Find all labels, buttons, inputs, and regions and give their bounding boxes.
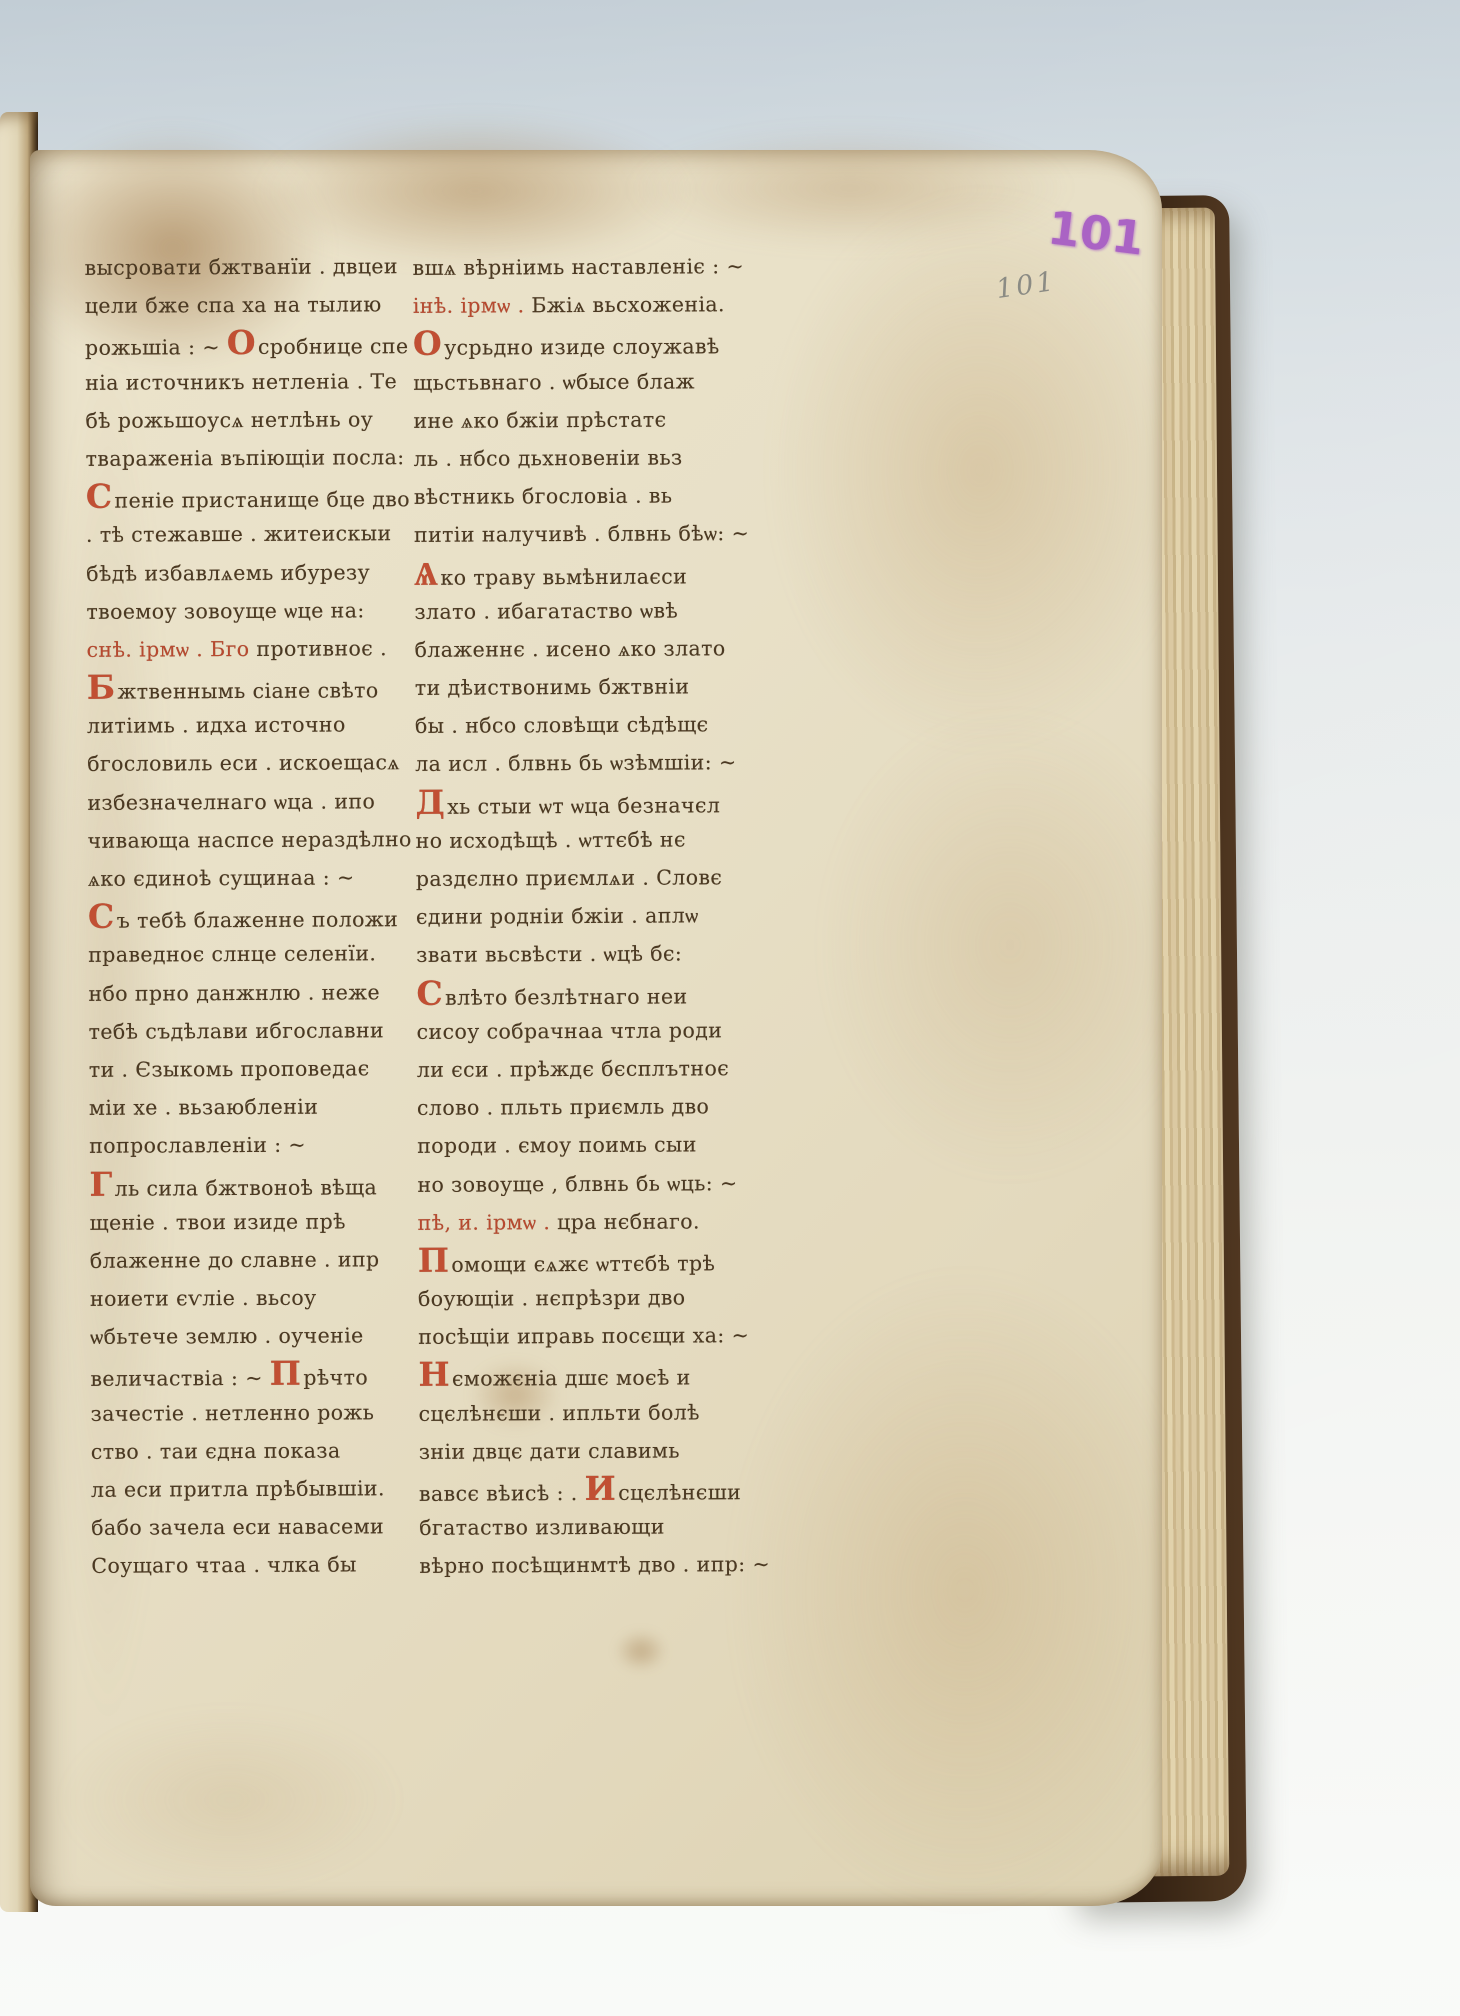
ink-text: щеніе . твои изиде прѣ (90, 1209, 346, 1234)
manuscript-line: но зовоуще , блвнь бь ѡць: ~ (417, 1164, 755, 1204)
text-column-right: вшѧ вѣрніимь наставленіє : ~інѣ. ірмѡ . … (413, 247, 758, 1585)
text-column-left: высровати бжтванїи . двцеицели бже спа х… (85, 247, 408, 1585)
ink-text: цра нєбнаго. (557, 1209, 700, 1234)
ink-text: вѣрно посѣщинмтѣ дво . ипр: ~ (419, 1552, 770, 1578)
manuscript-line: ине ѧко бжіи прѣстатє (413, 400, 751, 440)
ink-text: ко траву вьмѣнилаєси (440, 564, 687, 589)
manuscript-line: щьстьвнаго . ѡбысе блаж (413, 362, 751, 402)
manuscript-line: зачестіе . нетленно рожь (91, 1393, 407, 1433)
rubric-initial: Г (89, 1164, 112, 1203)
ink-text: бгословиль еси . искоещасѧ (87, 751, 400, 777)
rubric-text: снѣ. ірмѡ . Бго (87, 637, 250, 662)
ink-text: звати вьсвѣсти . ѡцѣ бє: (416, 942, 682, 967)
manuscript-line: снѣ. ірмѡ . Бго противноє . (87, 629, 403, 669)
ink-text: ль сила бжтвоноѣ вѣща (115, 1175, 378, 1200)
manuscript-line: чивающа наспсе нераздѣлно (88, 820, 404, 860)
ink-text: боующіи . нєпрѣзри дво (418, 1286, 686, 1311)
ink-text: твараженіа въпіющіи посла: (86, 445, 405, 471)
manuscript-line: вѣрно посѣщинмтѣ дво . ипр: ~ (419, 1545, 757, 1585)
rubric-initial: С (88, 897, 115, 936)
ink-text: высровати бжтванїи . двцеи (85, 254, 398, 280)
ink-text: ла еси притла прѣбывшіи. (91, 1476, 385, 1502)
rubric-initial: Ѧ (414, 553, 438, 592)
manuscript-line: єдини родніи бжіи . аплѡ (416, 896, 754, 936)
ink-text: породи . ємоу поимь сыи (417, 1133, 697, 1158)
parchment-stain (630, 128, 1070, 248)
manuscript-line: сцєлѣнєши . ипльти болѣ (419, 1393, 757, 1433)
ink-text: омощи єѧжє ѡттєбѣ трѣ (451, 1251, 715, 1276)
manuscript-line: злато . ибагатаство ѡвѣ (414, 591, 752, 631)
ink-text: вѣстникь бгословіа . вь (414, 484, 673, 509)
ink-text: но зовоуще , блвнь бь ѡць: ~ (417, 1171, 737, 1197)
folio-number-pencil: 101 (994, 266, 1058, 305)
ink-text: ноиети єѵліе . вьсоу (90, 1286, 317, 1311)
ink-text: єдини родніи бжіи . аплѡ (416, 904, 699, 929)
ink-text: попрославленіи : ~ (89, 1133, 306, 1158)
rubric-initial: И (584, 1469, 616, 1508)
manuscript-line: ла еси притла прѣбывшіи. (91, 1469, 407, 1509)
ink-text: вшѧ вѣрніимь наставленіє : ~ (413, 254, 745, 280)
manuscript-line: сисоу собрачнаа чтла роди (417, 1011, 755, 1051)
ink-text: єможєніа дшє моєѣ и (452, 1366, 691, 1391)
ink-text: ніа источникъ нетленіа . Те (85, 369, 397, 395)
manuscript-line: величаствіа : ~ Прѣчто (90, 1355, 406, 1395)
ink-text: слово . пльть приємль дво (417, 1094, 709, 1120)
manuscript-line: інѣ. ірмѡ . Бжіѧ вьсхоженіа. (413, 285, 751, 325)
ink-text: питіи налучивѣ . блвнь бѣѡ: ~ (414, 521, 749, 547)
manuscript-line: боующіи . нєпрѣзри дво (418, 1278, 756, 1318)
manuscript-line: Помощи єѧжє ѡттєбѣ трѣ (418, 1240, 756, 1280)
manuscript-line: праведноє слнце селенїи. (88, 935, 404, 975)
rubric-initial: С (86, 477, 113, 516)
ink-text: бѣдѣ избавлѧемь ибурезу (86, 560, 370, 585)
ink-text: зніи двцє дати славимь (419, 1438, 680, 1463)
ink-text: . тѣ стежавше . житеискыи (86, 522, 392, 548)
manuscript-page: 101 101 высровати бжтванїи . двцеицели б… (30, 150, 1162, 1906)
ink-text: влѣто безлѣтнаго неи (445, 984, 688, 1009)
ink-text: литіимь . идха источно (87, 713, 346, 738)
ink-text: но исходѣщѣ . ѡттєбѣ нє (416, 827, 686, 852)
manuscript-line: бѣдѣ избавлѧемь ибурезу (86, 553, 402, 593)
manuscript-line: нбо прно данжнлю . неже (88, 973, 404, 1013)
ink-text: ла исл . блвнь бь ѡзѣмшіи: ~ (415, 751, 736, 777)
manuscript-line: ство . таи єдна показа (91, 1431, 407, 1471)
manuscript-line: слово . пльть приємль дво (417, 1087, 755, 1127)
ink-text: ѧко єдиноѣ сущинаа : ~ (88, 865, 355, 890)
manuscript-line: рожьшіа : ~ Осробнице спе (85, 324, 401, 364)
manuscript-line: вавсє вѣисѣ : . Исцєлѣнєши (419, 1469, 757, 1509)
ink-text: блаженне до славне . ипр (90, 1247, 380, 1273)
manuscript-line: пѣ, и. ірмѡ . цра нєбнаго. (418, 1202, 756, 1242)
manuscript-line: ти . Єзыкомь проповедає (89, 1049, 405, 1089)
ink-text: бгатаство изливающи (419, 1515, 665, 1540)
rubric-initial: О (227, 323, 256, 362)
rubric-initial: С (416, 973, 443, 1012)
rubric-initial: П (418, 1241, 450, 1280)
rubric-initial: П (270, 1354, 302, 1393)
ink-text: нбо прно данжнлю . неже (88, 980, 380, 1006)
manuscript-line: твараженіа въпіющіи посла: (86, 438, 402, 478)
ink-text: усрьдно изиде слоужавѣ (444, 335, 720, 360)
parchment-stain (60, 1710, 400, 1890)
parchment-stain (615, 1630, 667, 1672)
manuscript-line: бѣ рожьшоусѧ нетлѣнь оу (85, 400, 401, 440)
ink-text: сробнице спе (258, 335, 409, 360)
ink-text: жтвеннымь сіане свѣто (117, 678, 378, 703)
manuscript-line: бы . нбсо словѣщи сѣдѣщє (415, 705, 753, 745)
ink-text: ине ѧко бжіи прѣстатє (413, 407, 666, 432)
ink-text: рѣчто (303, 1366, 368, 1390)
rubric-text: пѣ, и. ірмѡ . (418, 1210, 558, 1235)
ink-text: Соущаго чтаа . члка бы (91, 1553, 357, 1578)
manuscript-line: звати вьсвѣсти . ѡцѣ бє: (416, 934, 754, 974)
ink-text: щьстьвнаго . ѡбысе блаж (413, 369, 695, 394)
manuscript-line: Ѧко траву вьмѣнилаєси (414, 553, 752, 593)
manuscript-line: ѧко єдиноѣ сущинаа : ~ (88, 858, 404, 898)
manuscript-line: Свлѣто безлѣтнаго неи (416, 973, 754, 1013)
ink-text: пеніе пристанище бце дво (114, 487, 410, 513)
ink-text: зачестіе . нетленно рожь (91, 1400, 375, 1425)
rubric-initial: Д (415, 782, 445, 821)
manuscript-line: вшѧ вѣрніимь наставленіє : ~ (413, 247, 751, 287)
ink-text: ство . таи єдна показа (91, 1438, 341, 1463)
manuscript-line: высровати бжтванїи . двцеи (85, 247, 401, 287)
rubric-text: інѣ. ірмѡ . (413, 293, 532, 318)
ink-text: цели бже спа ха на тылию (85, 292, 382, 318)
parchment-stain (770, 190, 1190, 750)
manuscript-line: вѣстникь бгословіа . вь (414, 476, 752, 516)
rubric-initial: Н (418, 1355, 450, 1394)
manuscript-line: цели бже спа ха на тылию (85, 285, 401, 325)
manuscript-line: избезначелнаго ѡца . ипо (87, 782, 403, 822)
ink-text: бабо зачела еси навасеми (91, 1514, 384, 1540)
manuscript-line: бабо зачела еси навасеми (91, 1507, 407, 1547)
ink-text: ъ тебѣ блаженне положи (117, 907, 399, 932)
ink-text: посѣщіи иправь посєщи ха: ~ (418, 1323, 749, 1349)
ink-text: величаствіа : ~ (90, 1366, 269, 1391)
manuscript-line: посѣщіи иправь посєщи ха: ~ (418, 1316, 756, 1356)
ink-text: ти . Єзыкомь проповедає (89, 1056, 370, 1081)
ink-text: ли єси . прѣждє бєсплътноє (417, 1056, 729, 1082)
manuscript-line: міи хе . вьзаюбленіи (89, 1087, 405, 1127)
manuscript-line: литіимь . идха источно (87, 705, 403, 745)
manuscript-line: ніа источникъ нетленіа . Те (85, 362, 401, 402)
manuscript-line: твоемоу зовоуще ѡце на: (86, 591, 402, 631)
ink-text: ѡбьтече землю . оученіе (90, 1324, 364, 1349)
ink-text: бы . нбсо словѣщи сѣдѣщє (415, 713, 709, 739)
manuscript-line: бгатаство изливающи (419, 1507, 757, 1547)
manuscript-line: Нєможєніа дшє моєѣ и (418, 1355, 756, 1395)
ink-text: рожьшіа : ~ (85, 335, 227, 360)
ink-text: сисоу собрачнаа чтла роди (417, 1018, 723, 1044)
manuscript-line: Съ тебѣ блаженне положи (88, 896, 404, 936)
manuscript-line: блаженне до славне . ипр (90, 1240, 406, 1280)
manuscript-line: бгословиль еси . искоещасѧ (87, 744, 403, 784)
manuscript-line: ли єси . прѣждє бєсплътноє (417, 1049, 755, 1089)
ink-text: ти дѣиствонимь бжтвніи (415, 675, 690, 700)
manuscript-line: тебѣ съдѣлави ибгославни (89, 1011, 405, 1051)
manuscript-line: блаженнє . исено ѧко злато (415, 629, 753, 669)
ink-text: твоемоу зовоуще ѡце на: (86, 598, 364, 623)
ink-text: ль . нбсо дьхновеніи вьз (414, 445, 683, 470)
rubric-initial: Б (87, 668, 116, 707)
ink-text: злато . ибагатаство ѡвѣ (414, 598, 678, 623)
folio-number-crayon: 101 (1045, 200, 1147, 265)
ink-text: сцєлѣнєши (618, 1480, 741, 1505)
manuscript-line: но исходѣщѣ . ѡттєбѣ нє (416, 820, 754, 860)
manuscript-line: Дхь стыи ѡт ѡца безначєл (415, 782, 753, 822)
parchment-stain (820, 710, 1200, 1180)
rubric-initial: О (413, 324, 442, 363)
manuscript-line: Спеніе пристанище бце дво (86, 476, 402, 516)
manuscript-line: раздєлно приємлѧи . Словє (416, 858, 754, 898)
ink-text: тебѣ съдѣлави ибгославни (89, 1018, 385, 1044)
manuscript-line: породи . ємоу поимь сыи (417, 1125, 755, 1165)
ink-text: раздєлно приємлѧи . Словє (416, 865, 723, 891)
manuscript-line: щеніе . твои изиде прѣ (90, 1202, 406, 1242)
ink-text: противноє . (249, 636, 387, 661)
ink-text: праведноє слнце селенїи. (88, 942, 376, 968)
photo-backdrop: 101 101 высровати бжтванїи . двцеицели б… (0, 0, 1460, 2016)
manuscript-line: Оусрьдно изиде слоужавѣ (413, 323, 751, 363)
ink-text: хь стыи ѡт ѡца безначєл (447, 793, 720, 818)
ink-text: вавсє вѣисѣ : . (419, 1481, 585, 1506)
manuscript-line: Бжтвеннымь сіане свѣто (87, 667, 403, 707)
ink-text: избезначелнаго ѡца . ипо (87, 789, 375, 815)
manuscript-line: Соущаго чтаа . члка бы (91, 1546, 407, 1586)
parchment-stain (260, 116, 690, 266)
ink-text: чивающа наспсе нераздѣлно (88, 827, 412, 853)
ink-text: блаженнє . исено ѧко злато (415, 636, 726, 662)
manuscript-line: ль . нбсо дьхновеніи вьз (414, 438, 752, 478)
manuscript-line: Гль сила бжтвоноѣ вѣща (89, 1164, 405, 1204)
ink-text: бѣ рожьшоусѧ нетлѣнь оу (85, 407, 373, 433)
manuscript-line: питіи налучивѣ . блвнь бѣѡ: ~ (414, 514, 752, 554)
manuscript-line: ти дѣиствонимь бжтвніи (415, 667, 753, 707)
ink-text: міи хе . вьзаюбленіи (89, 1095, 318, 1120)
manuscript-line: . тѣ стежавше . житеискыи (86, 514, 402, 554)
parchment-stain (730, 1270, 1200, 1910)
manuscript-line: ноиети єѵліе . вьсоу (90, 1278, 406, 1318)
manuscript-line: зніи двцє дати славимь (419, 1431, 757, 1471)
ink-text: сцєлѣнєши . ипльти болѣ (419, 1400, 700, 1425)
manuscript-line: попрославленіи : ~ (89, 1125, 405, 1165)
ink-text: Бжіѧ вьсхоженіа. (531, 292, 725, 317)
manuscript-line: ла исл . блвнь бь ѡзѣмшіи: ~ (415, 744, 753, 784)
manuscript-line: ѡбьтече землю . оученіе (90, 1316, 406, 1356)
